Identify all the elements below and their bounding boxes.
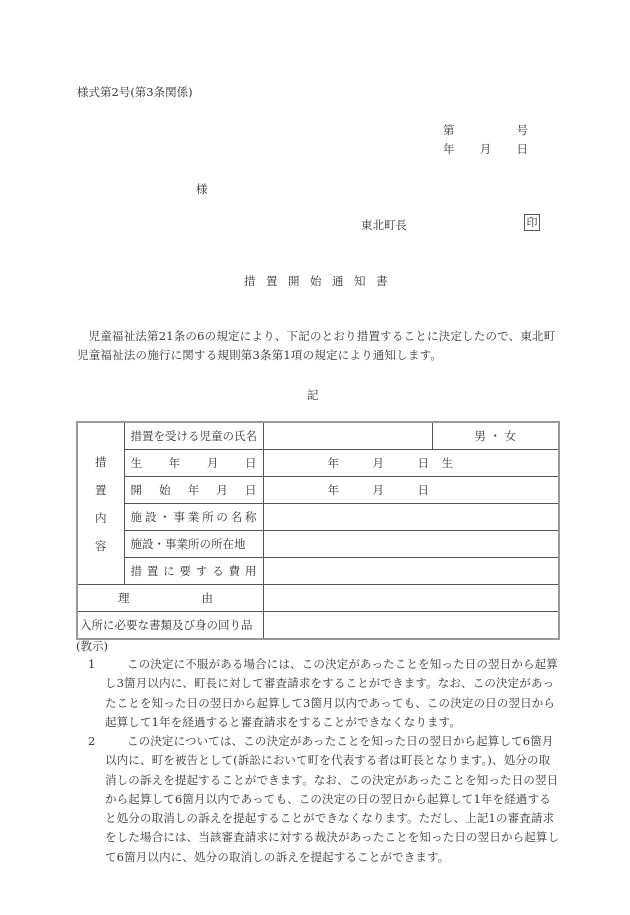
issuer-name: 東北町長: [361, 217, 407, 233]
table-row: 措 置 内 容 措置を受ける児童の氏名 男 ・ 女: [77, 422, 559, 450]
child-name-field[interactable]: [263, 422, 432, 450]
measure-cost-label: 措 置 に 要 す る 費 用: [124, 558, 263, 585]
start-date-label: 開 始 年 月 日: [124, 477, 263, 504]
table-row: 施設・事業所の所在地: [77, 531, 559, 558]
form-number: 様式第2号(第3条関係): [77, 84, 193, 100]
doc-number-suffix: 号: [517, 122, 529, 138]
measure-table: 措 置 内 容 措置を受ける児童の氏名 男 ・ 女 生 年 月 日 年月日生 開…: [76, 421, 560, 640]
birthdate-label: 生 年 月 日: [124, 450, 263, 477]
instruction-number: 1: [88, 655, 110, 674]
instruction-text: この決定については、この決定があったことを知った日の翌日から起算して6箇月以内に…: [105, 732, 560, 867]
date-day: 日: [517, 141, 529, 157]
ki-heading: 記: [307, 387, 319, 403]
sex-field[interactable]: 男 ・ 女: [432, 422, 559, 450]
table-row: 理由: [77, 585, 559, 612]
facility-name-field[interactable]: [263, 504, 559, 531]
group-label: 措 置 内 容: [77, 422, 124, 585]
seal-icon: 印: [524, 214, 540, 231]
document-number-line: 第 号: [443, 122, 528, 138]
document-date-line: 年 月 日: [443, 141, 528, 157]
table-row: 措 置 に 要 す る 費 用: [77, 558, 559, 585]
start-date-field[interactable]: 年月日: [263, 477, 559, 504]
child-name-label: 措置を受ける児童の氏名: [124, 422, 263, 450]
measure-cost-field[interactable]: [263, 558, 559, 585]
addressee-suffix: 様: [196, 181, 208, 197]
doc-number-prefix: 第: [443, 122, 455, 138]
date-month: 月: [480, 141, 492, 157]
belongings-field[interactable]: [263, 612, 559, 640]
table-row: 施 設 ・ 事 業 所 の 名 称: [77, 504, 559, 531]
facility-name-label: 施 設 ・ 事 業 所 の 名 称: [124, 504, 263, 531]
instruction-item-1: 1 この決定に不服がある場合には、この決定があったことを知った日の翌日から起算し…: [88, 655, 560, 732]
instruction-number: 2: [88, 732, 110, 751]
body-paragraph: 児童福祉法第21条の6の規定により、下記のとおり措置することに決定したので、東北…: [77, 327, 563, 365]
facility-address-field[interactable]: [263, 531, 559, 558]
table-row: 開 始 年 月 日 年月日: [77, 477, 559, 504]
instruction-text: この決定に不服がある場合には、この決定があったことを知った日の翌日から起算し3箇…: [105, 655, 560, 732]
table-row: 生 年 月 日 年月日生: [77, 450, 559, 477]
belongings-label: 入所に必要な書類及び身の回り品: [77, 612, 263, 640]
reason-field[interactable]: [263, 585, 559, 612]
facility-address-label: 施設・事業所の所在地: [124, 531, 263, 558]
birthdate-field[interactable]: 年月日生: [263, 450, 559, 477]
reason-label: 理由: [77, 585, 263, 612]
document-title: 措置開始通知書: [244, 273, 398, 289]
table-row: 入所に必要な書類及び身の回り品: [77, 612, 559, 640]
date-year: 年: [443, 141, 455, 157]
instruction-item-2: 2 この決定については、この決定があったことを知った日の翌日から起算して6箇月以…: [88, 732, 560, 867]
instructions-heading: (教示): [76, 638, 108, 654]
